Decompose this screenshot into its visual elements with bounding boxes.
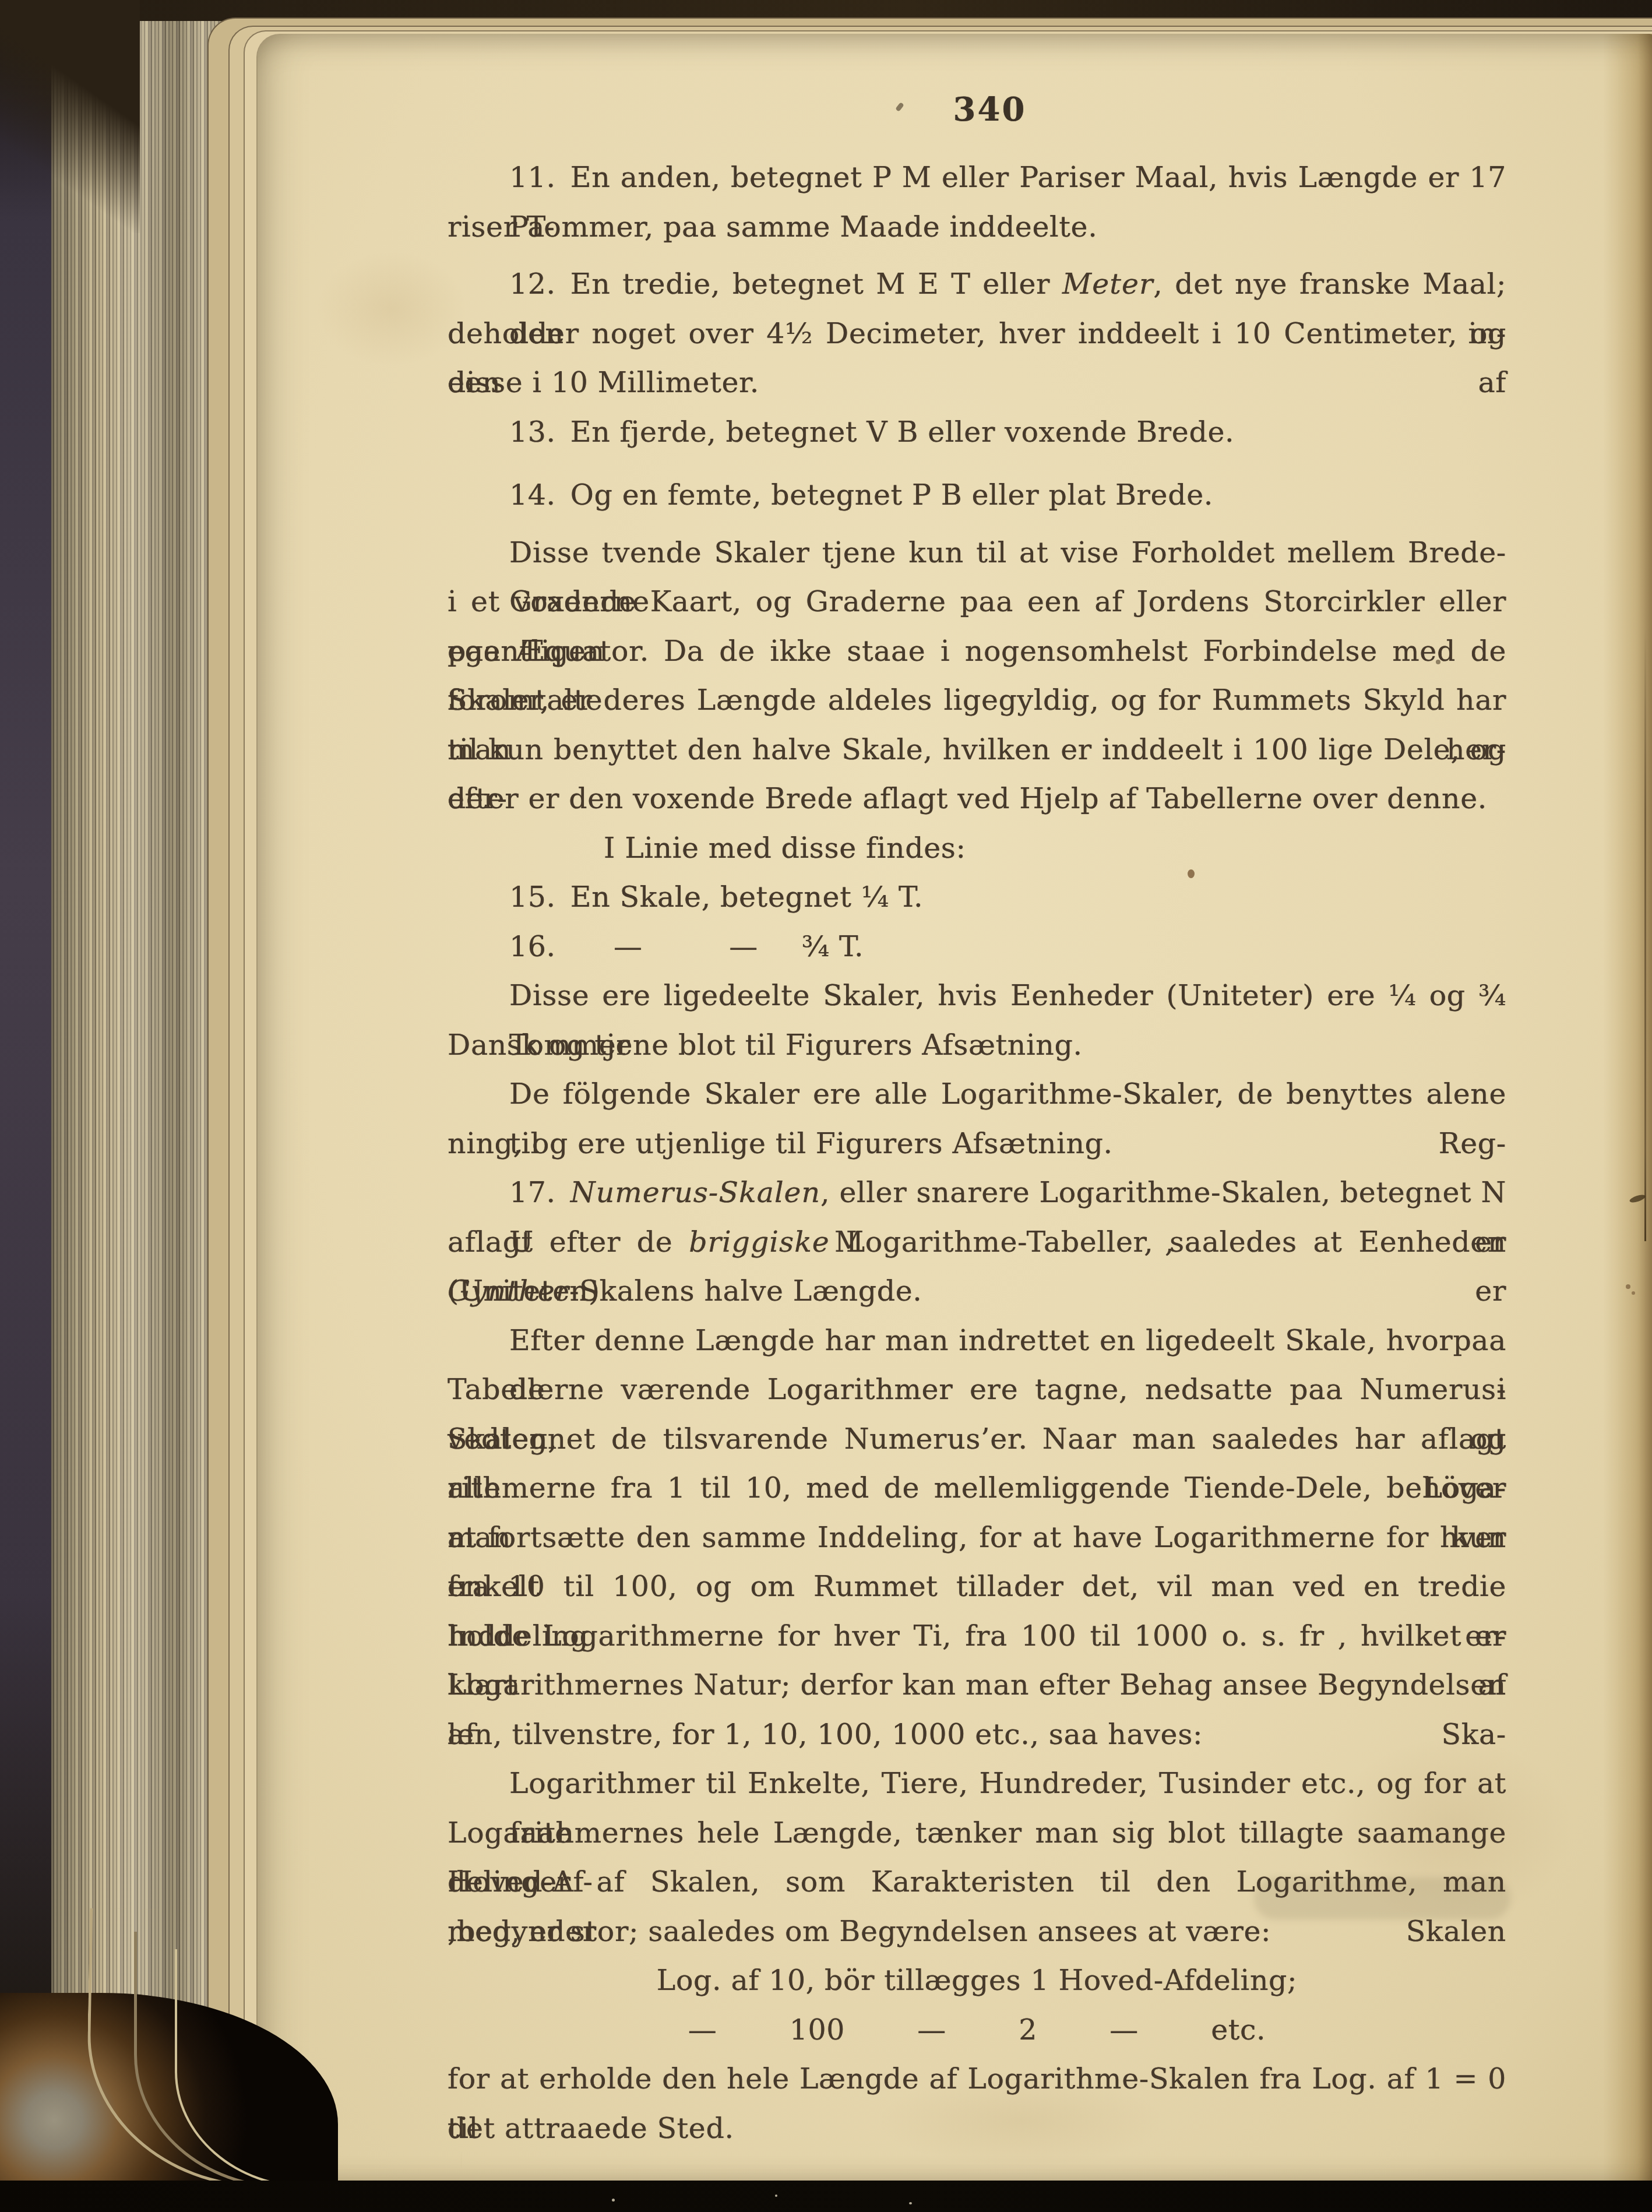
text-line: 11. En anden, betegnet P M eller Pariser…: [448, 153, 1506, 203]
text-line: aflagt efter de briggiske Logarithme-Tab…: [448, 1218, 1506, 1267]
book-cover-spine: [0, 0, 54, 2212]
text-line: Disse tvende Skaler tjene kun til at vis…: [448, 529, 1506, 578]
cover-corner-shadow: [0, 0, 140, 233]
text-line: Logarithmer til Enkelte, Tiere, Hundrede…: [448, 1759, 1506, 1809]
text-line: 15. En Skale, betegnet ¼ T.: [448, 873, 1506, 922]
text-line: De fölgende Skaler ere alle Logarithme-S…: [448, 1070, 1506, 1119]
text-line: fra 10 til 100, og om Rummet tillader de…: [448, 1562, 1506, 1612]
text-line: Logarithmernes hele Længde, tænker man s…: [448, 1809, 1506, 1858]
text-block: 11. En anden, betegnet P M eller Pariser…: [448, 153, 1506, 2153]
text-line: vedtegnet de tilsvarende Numerus’er. Naa…: [448, 1415, 1506, 1464]
text-line: 13. En fjerde, betegnet V B eller voxend…: [448, 408, 1506, 457]
text-line: til kun benyttet den halve Skale, hvilke…: [448, 725, 1506, 775]
text-line: Efter denne Længde har man indrettet en …: [448, 1316, 1506, 1366]
text-line: deholder noget over 4½ Decimeter, hver i…: [448, 309, 1506, 359]
dust-speck: [612, 2199, 615, 2202]
book-page: 340 11. En anden, betegnet P M eller Par…: [256, 34, 1652, 2184]
gutter-shadow: [1603, 34, 1652, 2184]
page-number: 340: [448, 85, 1506, 134]
text-line: Disse ere ligedeelte Skaler, hvis Eenhed…: [448, 971, 1506, 1021]
text-line: 14. Og en femte, betegnet P B eller plat…: [448, 471, 1506, 520]
text-line: 12. En tredie, betegnet M E T eller Mete…: [448, 260, 1506, 309]
text-line: 17. Numerus-Skalen, eller snarere Logari…: [448, 1168, 1506, 1218]
text-line: riser Tommer, paa samme Maade inddeelte.: [448, 203, 1506, 252]
scan-background: [0, 2181, 1652, 2212]
text-line: efter er den voxende Brede aflagt ved Hj…: [448, 774, 1506, 824]
text-line: at fortsætte den samme Inddeling, for at…: [448, 1513, 1506, 1563]
curled-page-edge: [175, 1949, 469, 2188]
text-line: paa Æquator. Da de ikke staae i nogensom…: [448, 627, 1506, 677]
paper-stain: [316, 251, 467, 367]
text-line: — 100 — 2 — etc.: [448, 2006, 1506, 2055]
text-line: Tabellerne værende Logarithmer ere tagne…: [448, 1365, 1506, 1415]
scanned-book-page-photo: 340 11. En anden, betegnet P M eller Par…: [0, 0, 1652, 2212]
text-line: Skaler, er deres Længde aldeles ligegyld…: [448, 676, 1506, 725]
text-line: 16. — — ¾ T.: [448, 922, 1506, 972]
paper-speck: [1626, 1284, 1630, 1289]
text-line: Dansk og tjene blot til Figurers Afsætni…: [448, 1021, 1506, 1070]
text-line: holde Logarithmerne for hver Ti, fra 100…: [448, 1612, 1506, 1661]
page-crease-mark: [1629, 1193, 1646, 1204]
text-line: det attraaede Sted.: [448, 2104, 1506, 2154]
text-line: delinger af Skalen, som Karakteristen ti…: [448, 1858, 1506, 1907]
dust-speck: [775, 2195, 777, 2197]
text-line: for at erholde den hele Længde af Logari…: [448, 2055, 1506, 2104]
text-line: rithmerne fra 1 til 10, med de mellemlig…: [448, 1464, 1506, 1513]
text-line: Log. af 10, bör tillægges 1 Hoved-Afdeli…: [448, 1956, 1506, 2006]
page-crease: [1644, 629, 1646, 1241]
dust-speck: [909, 2202, 912, 2204]
text-line: Logarithmernes Natur; derfor kan man eft…: [448, 1661, 1506, 1710]
text-line: i et voxende Kaart, og Graderne paa een …: [448, 577, 1506, 627]
text-line: I Linie med disse findes:: [448, 824, 1506, 873]
